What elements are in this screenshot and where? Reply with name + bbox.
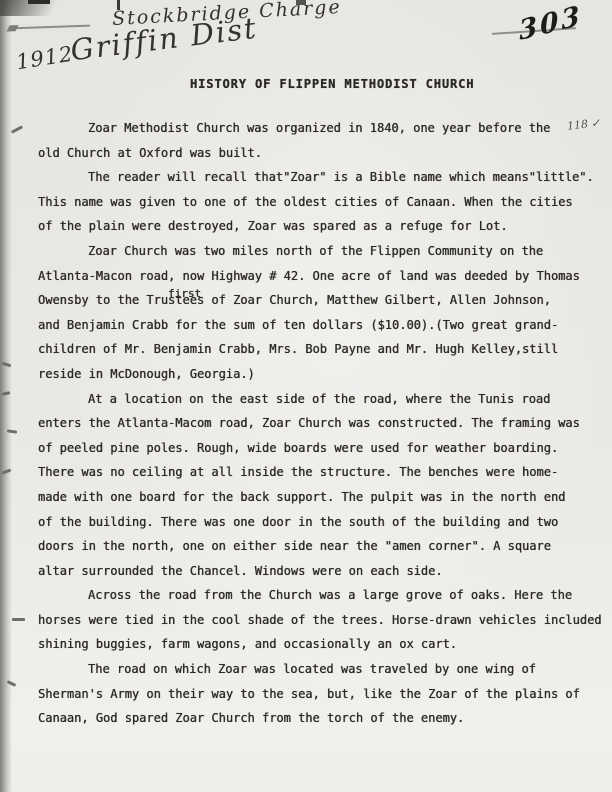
handwritten-page-number: 303 [518,0,584,47]
typed-line: of peeled pine poles. Rough, wide boards… [38,436,612,461]
typed-line: The reader will recall that"Zoar" is a B… [38,165,612,190]
pencil-mark [12,618,25,621]
typed-line: old Church at Oxford was built. [38,141,612,166]
typed-line: Canaan, God spared Zoar Church from the … [38,706,612,731]
typed-line: At a location on the east side of the ro… [38,387,612,412]
typed-line: and Benjamin Crabb for the sum of ten do… [38,313,612,338]
typed-line: The road on which Zoar was located was t… [38,657,612,682]
typed-line: altar surrounded the Chancel. Windows we… [38,559,612,584]
typed-line: There was no ceiling at all inside the s… [38,460,612,485]
typed-line: Atlanta-Macon road, now Highway # 42. On… [38,264,612,289]
typed-line: made with one board for the back support… [38,485,612,510]
typed-line: of the plain were destroyed, Zoar was sp… [38,214,612,239]
typed-line: Zoar Methodist Church was organized in 1… [38,116,612,141]
typed-line: reside in McDonough, Georgia.) [38,362,612,387]
pencil-mark [11,125,23,133]
typed-line: enters the Atlanta-Macom road, Zoar Chur… [38,411,612,436]
handwritten-year-note: 1912 [14,42,75,75]
typed-body: Zoar Methodist Church was organized in 1… [38,116,612,731]
document-title: HISTORY OF FLIPPEN METHODIST CHURCH [190,77,474,91]
typed-line: shining buggies, farm wagons, and occasi… [38,632,612,657]
typed-line: Sherman's Army on their way to the sea, … [38,682,612,707]
scanned-page: Stockbridge Charge 1912 Griffin Dist 303… [0,0,612,792]
pencil-mark [10,25,90,30]
typed-line: doors in the north, one on either side n… [38,534,612,559]
scan-edge-shadow [0,0,12,792]
typed-line: horses were tied in the cool shade of th… [38,608,612,633]
typed-line: This name was given to one of the oldest… [38,190,612,215]
typed-line: Zoar Church was two miles north of the F… [38,239,612,264]
typed-line: Across the road from the Church was a la… [38,583,612,608]
typed-line: children of Mr. Benjamin Crabb, Mrs. Bob… [38,337,612,362]
scan-artifact [28,0,50,4]
typed-line: Owensby to the Trustees of Zoar Church, … [38,288,612,313]
typed-line: of the building. There was one door in t… [38,510,612,535]
